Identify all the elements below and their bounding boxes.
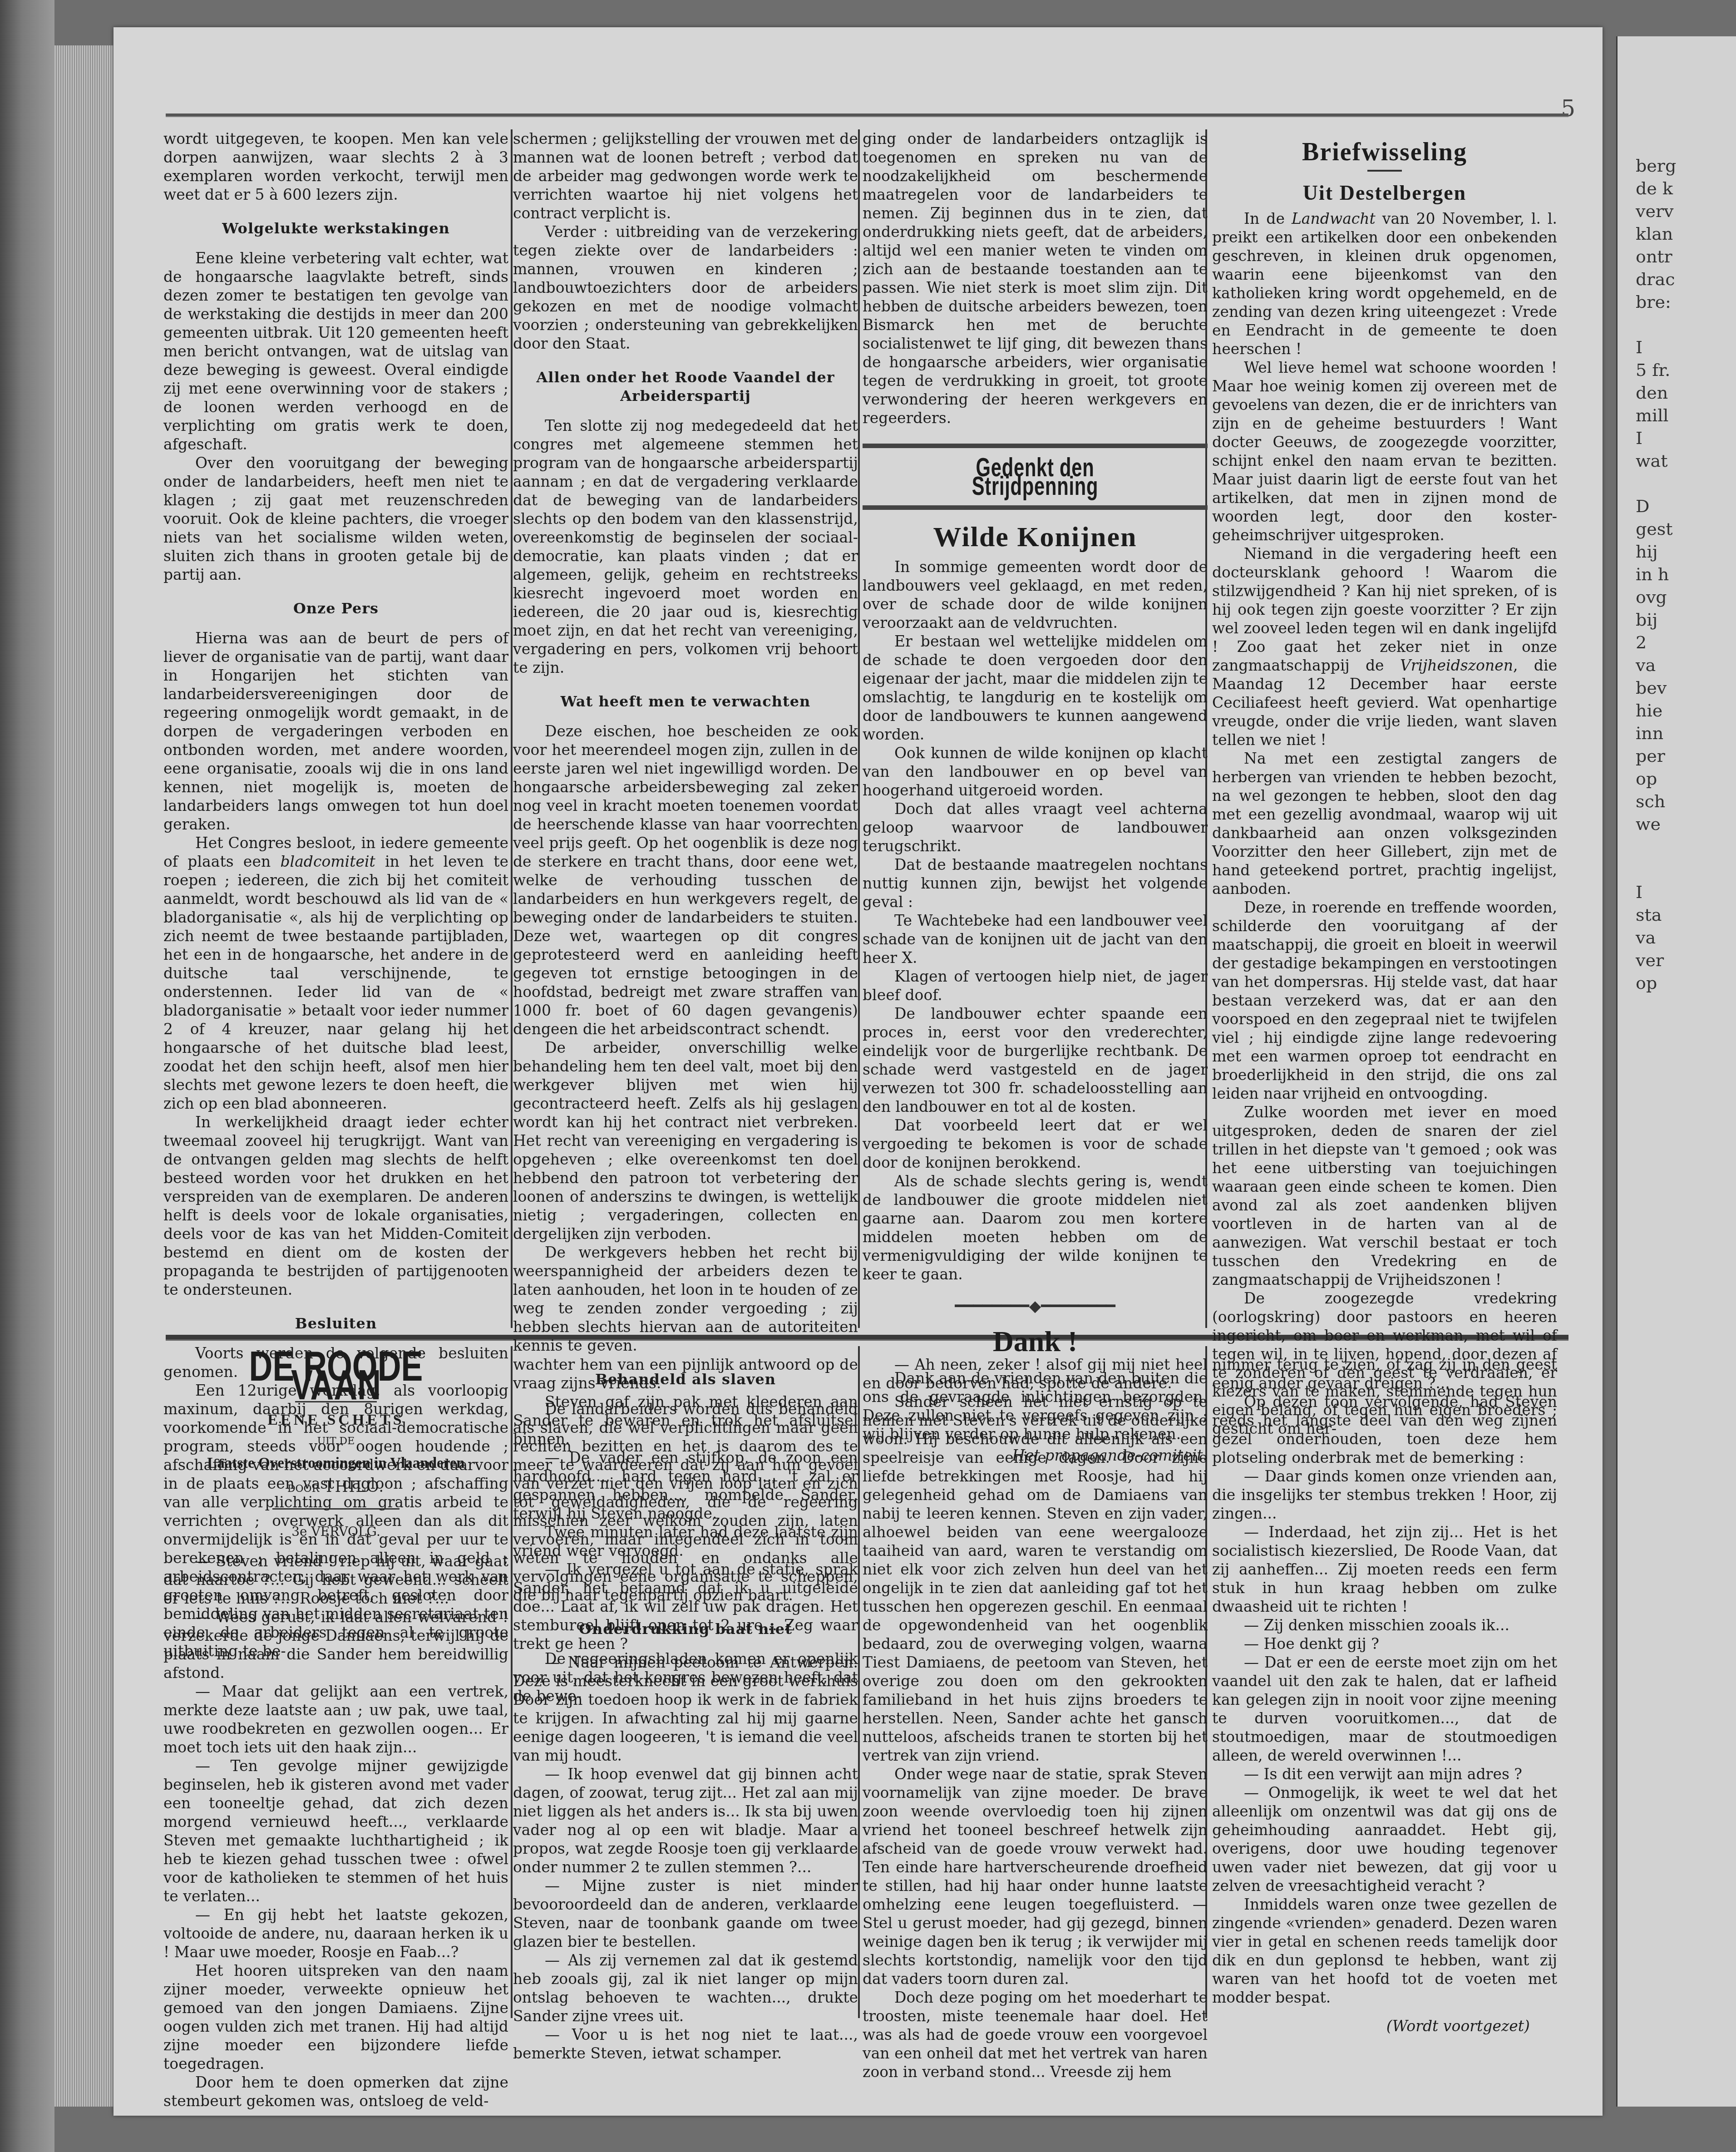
text-run: in het leven te roepen ; iedereen, die z…	[163, 853, 508, 1112]
article-text: ging onder de landarbeiders ontzaglijk i…	[863, 129, 1208, 427]
article-text: Doch dat alles vraagt veel achterna gelo…	[863, 800, 1208, 855]
article-text: schermen ; gelijkstelling der vrouwen me…	[513, 129, 858, 222]
section-title: Briefwisseling	[1212, 143, 1557, 162]
article-text: — Mijne zuster is niet minder bevooroord…	[513, 1876, 858, 1951]
feuilleton-text: — Steven vriend ! riep hij uit, waar gaa…	[163, 1552, 508, 2110]
article-text: In de Landwacht van 20 November, l. l. p…	[1212, 209, 1557, 358]
short-rule	[1367, 170, 1402, 172]
column-4: Briefwisseling Uit Destelbergen In de La…	[1212, 129, 1557, 1438]
article-text: — Daar ginds komen onze vrienden aan, di…	[1212, 1467, 1557, 1523]
article-text: wordt uitgegeven, te koopen. Men kan vel…	[163, 129, 508, 204]
feuilleton-title: DE ROODE VAAN	[202, 1357, 471, 1395]
column-rule	[858, 129, 860, 1328]
article-text: — Ah neen, zeker ! alsof gij mij niet he…	[863, 1355, 1208, 1392]
article-text: Na met een zestigtal zangers de herberge…	[1212, 749, 1557, 898]
section-heading: Allen onder het Roode Vaandel der Arbeid…	[513, 368, 858, 405]
feuilleton-column-1: DE ROODE VAAN EENE SCHETS UIT DE Laatste…	[163, 1348, 508, 2110]
feuilleton-text: wachter hem van een pijnlijk antwoord op…	[513, 1355, 858, 2063]
article-text: Deze, in roerende en treffende woorden, …	[1212, 898, 1557, 1103]
column-3: ging onder de landarbeiders ontzaglijk i…	[863, 129, 1208, 1465]
konijnen-article: In sommige gemeenten wordt door de landb…	[863, 558, 1208, 1283]
article-text: Steven gaf zijn pak met kleederen aan Sa…	[513, 1392, 858, 1448]
article-text: — Ik vergezel u tot aan de statie, sprak…	[513, 1560, 858, 1653]
short-rule	[272, 1508, 399, 1510]
article-text: Twee minuten later had deze laatste zijn…	[513, 1523, 858, 1560]
article-text: — Als zij vernemen zal dat ik gestemd he…	[513, 1951, 858, 2025]
column-rule	[511, 1346, 513, 2018]
article-text: Ten slotte zij nog medegedeeld dat het c…	[513, 416, 858, 677]
italic-term: Landwacht	[1292, 210, 1376, 227]
banner-rule	[863, 444, 1208, 448]
article-text: In sommige gemeenten wordt door de landb…	[863, 558, 1208, 632]
article-text: Inmiddels waren onze twee gezellen de zi…	[1212, 1895, 1557, 2007]
article-text: — Voor u is het nog niet te laat..., bem…	[513, 2025, 858, 2063]
article-text: Dat de bestaande maatregelen nochtans nu…	[863, 855, 1208, 911]
article-text: Het hooren uitspreken van den naam zijne…	[163, 1961, 508, 2073]
adjacent-page-edge: berg de k verv klan ontr drac bre: I 5 f…	[1616, 36, 1736, 2107]
article-text: Door hem te doen opmerken dat zijne stem…	[163, 2073, 508, 2110]
article-text: Over den vooruitgang der beweging onder …	[163, 454, 508, 584]
top-rule	[166, 114, 1568, 117]
article-headline: Uit Destelbergen	[1212, 183, 1557, 202]
article-text: — Maar dat gelijkt aan een vertrek, merk…	[163, 1682, 508, 1757]
text-run: van 20 November, l. l. preikt een artike…	[1212, 210, 1557, 358]
italic-term: bladcomiteit	[280, 853, 375, 870]
article-text: Te Wachtebeke had een landbouwer veel sc…	[863, 911, 1208, 967]
article-text: Onder wege naar de statie, sprak Steven …	[863, 1765, 1208, 1988]
article-text: — De vader een stijfkop, de zoon een har…	[513, 1448, 858, 1523]
to-be-continued: (Wordt voortgezet)	[1212, 2017, 1557, 2035]
article-text: — Steven vriend ! riep hij uit, waar gaa…	[163, 1552, 508, 1608]
article-text: — Naar mijnen peetoom te Antwerpen. Deze…	[513, 1653, 858, 1765]
text-run: Niemand in die vergadering heeft een doc…	[1212, 545, 1557, 674]
newspaper-page: 5 wordt uitgegeven, te koopen. Men kan v…	[113, 27, 1603, 2116]
vervolg-label: 3e VERVOLG.	[163, 1522, 508, 1541]
article-text: — Ik hoop evenwel dat gij binnen acht da…	[513, 1765, 858, 1876]
article-text: Klagen of vertoogen hielp niet, de jager…	[863, 967, 1208, 1004]
article-text: Eene kleine verbetering valt echter, wat…	[163, 249, 508, 454]
strijdpenning-banner: Gedenkt den Strijdpenning	[911, 458, 1159, 495]
section-heading: Besluiten	[163, 1314, 508, 1333]
column-rule	[511, 129, 513, 1328]
article-text: De landbouwer echter spaande een proces …	[863, 1004, 1208, 1116]
article-text: De werkgevers hebben het recht bij weers…	[513, 1243, 858, 1355]
article-text: Verder : uitbreiding van de verzekering …	[513, 222, 858, 353]
book-binding	[0, 0, 54, 2152]
article-text: Hierna was aan de beurt de pers of lieve…	[163, 629, 508, 834]
italic-term: Vrijheidszonen	[1400, 656, 1513, 674]
section-heading: Wolgelukte werkstakingen	[163, 219, 508, 238]
article-text: Ook kunnen de wilde konijnen op klacht v…	[863, 744, 1208, 800]
article-text: — Wees gerust, ik laat allen welvarend !…	[163, 1608, 508, 1682]
article-text: — En gij hebt het laatste gekozen, volto…	[163, 1905, 508, 1961]
page-marker: 5	[1561, 95, 1575, 122]
feuilleton-uit-de: UIT DE	[163, 1432, 508, 1451]
article-text: — Zij denken misschien zooals ik...	[1212, 1616, 1557, 1634]
article-text: Er bestaan wel wettelijke middelen om de…	[863, 632, 1208, 744]
section-heading: Wat heeft men te verwachten	[513, 692, 858, 711]
article-text: Dat voorbeeld leert dat er wel vergoedin…	[863, 1116, 1208, 1172]
article-text: De arbeider, onverschillig welke behande…	[513, 1038, 858, 1243]
article-text: — Inderdaad, het zijn zij... Het is het …	[1212, 1523, 1557, 1616]
article-headline: Dank !	[863, 1332, 1208, 1351]
article-text: Niemand in die vergadering heeft een doc…	[1212, 544, 1557, 749]
adjacent-page-fragment: berg de k verv klan ontr drac bre: I 5 f…	[1618, 36, 1736, 994]
article-text: — Is dit een verwijt aan mijn adres ?	[1212, 1765, 1557, 1783]
feuilleton-subtitle: EENE SCHETS	[163, 1411, 508, 1429]
article-text: — Ten gevolge mijner gewijzigde beginsel…	[163, 1757, 508, 1905]
article-text: nimmer terug te zien, of zag zij in den …	[1212, 1355, 1557, 1392]
article-text: — Hoe denkt gij ?	[1212, 1634, 1557, 1653]
article-text: — Onmogelijk, ik weet te wel dat het all…	[1212, 1783, 1557, 1895]
feuilleton-column-4: nimmer terug te zien, of zag zij in den …	[1212, 1355, 1557, 2035]
author-name: THILO.	[324, 1478, 385, 1496]
article-text: Wel lieve hemel wat schoone woorden ! Ma…	[1212, 358, 1557, 544]
feuilleton-column-3: — Ah neen, zeker ! alsof gij mij niet he…	[863, 1355, 1208, 2081]
article-text: Het Congres besloot, in iedere gemeente …	[163, 834, 508, 1113]
feuilleton-subtitle-2: Laatste Overstroomingen in Vlaanderen	[163, 1454, 508, 1473]
article-text: Doch deze poging om het moederhart te tr…	[863, 1988, 1208, 2081]
page-stack-edges	[54, 45, 113, 2107]
article-text: In werkelijkheid draagt ieder echter twe…	[163, 1113, 508, 1299]
article-text: Als de schade slechts gering is, wendt d…	[863, 1172, 1208, 1283]
feuilleton-text: — Ah neen, zeker ! alsof gij mij niet he…	[863, 1355, 1208, 2081]
article-text: — Dat er een de eerste moet zijn om het …	[1212, 1653, 1557, 1765]
banner-rule	[863, 505, 1208, 510]
byline-prefix: DOOR	[287, 1483, 319, 1495]
article-headline: Wilde Konijnen	[863, 528, 1208, 547]
ornament-divider: ━━━━━━━━◆━━━━━━━━	[863, 1297, 1208, 1316]
feuilleton-text: nimmer terug te zien, of zag zij in den …	[1212, 1355, 1557, 2007]
column-rule	[858, 1346, 860, 2018]
feuilleton-byline: DOOR THILO.	[163, 1477, 508, 1498]
section-heading: Onze Pers	[163, 599, 508, 618]
article-text: Op dezen toon vervolgende, had Steven re…	[1212, 1392, 1557, 1467]
article-text: Deze eischen, hoe bescheiden ze ook voor…	[513, 722, 858, 1038]
article-text: Zulke woorden met iever en moed uitgespr…	[1212, 1103, 1557, 1289]
article-text: wachter hem van een pijnlijk antwoord op…	[513, 1355, 858, 1392]
text-run: In de	[1244, 210, 1292, 227]
article-text: Sander scheen het niet ernstig op te nem…	[863, 1392, 1208, 1765]
feuilleton-column-2: wachter hem van een pijnlijk antwoord op…	[513, 1355, 858, 2063]
